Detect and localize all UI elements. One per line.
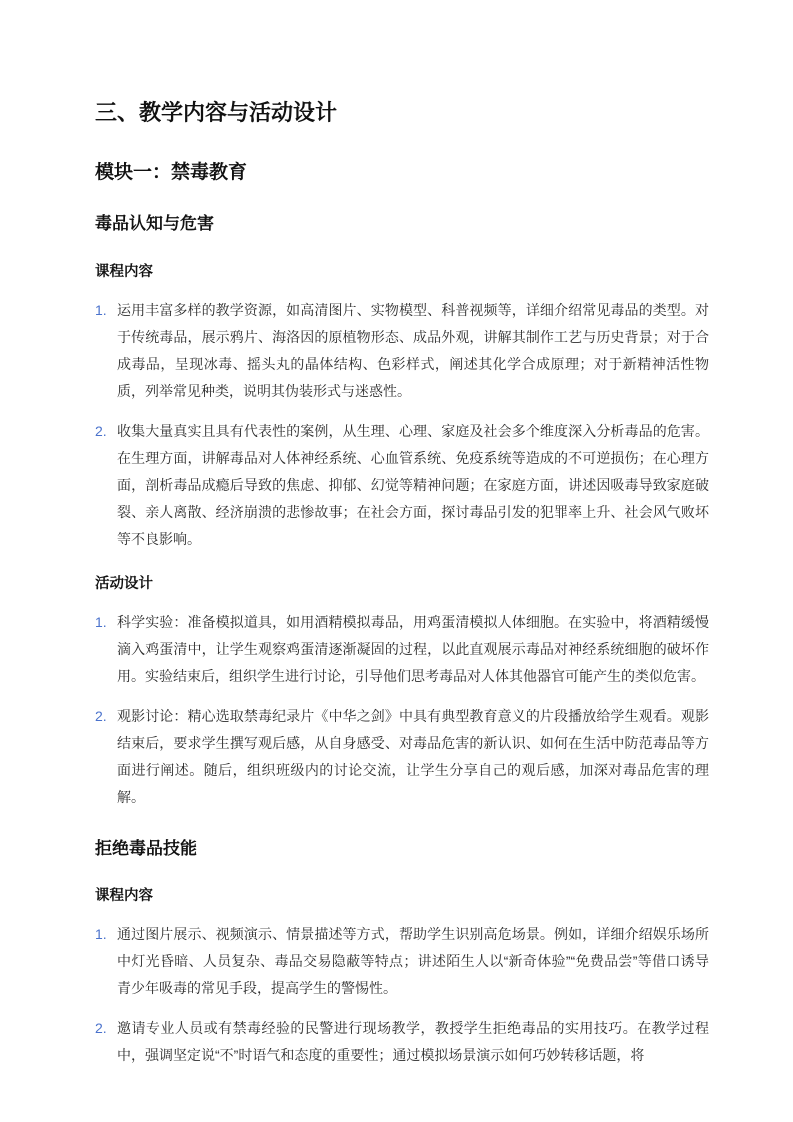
page-title: 三、教学内容与活动设计 [95, 99, 709, 127]
list-item-text: 运用丰富多样的教学资源，如高清图片、实物模型、科普视频等，详细介绍常见毒品的类型… [117, 297, 709, 405]
list-item-number: 1. [95, 609, 117, 636]
list-item-text: 通过图片展示、视频演示、情景描述等方式，帮助学生识别高危场景。例如，详细介绍娱乐… [117, 921, 709, 1002]
list-item-text: 邀请专业人员或有禁毒经验的民警进行现场教学，教授学生拒绝毒品的实用技巧。在教学过… [117, 1015, 709, 1069]
section-heading-drug-awareness: 毒品认知与危害 [95, 213, 709, 234]
list-item: 1. 通过图片展示、视频演示、情景描述等方式，帮助学生识别高危场景。例如，详细介… [95, 921, 709, 1002]
list-item-text: 科学实验：准备模拟道具，如用酒精模拟毒品，用鸡蛋清模拟人体细胞。在实验中，将酒精… [117, 609, 709, 690]
list-item: 2. 观影讨论：精心选取禁毒纪录片《中华之剑》中具有典型教育意义的片段播放给学生… [95, 703, 709, 811]
list-item: 1. 运用丰富多样的教学资源，如高清图片、实物模型、科普视频等，详细介绍常见毒品… [95, 297, 709, 405]
course-content-list-2: 1. 通过图片展示、视频演示、情景描述等方式，帮助学生识别高危场景。例如，详细介… [95, 921, 709, 1069]
activity-design-list: 1. 科学实验：准备模拟道具，如用酒精模拟毒品，用鸡蛋清模拟人体细胞。在实验中，… [95, 609, 709, 811]
course-content-list-1: 1. 运用丰富多样的教学资源，如高清图片、实物模型、科普视频等，详细介绍常见毒品… [95, 297, 709, 553]
list-item-number: 2. [95, 703, 117, 730]
list-item: 1. 科学实验：准备模拟道具，如用酒精模拟毒品，用鸡蛋清模拟人体细胞。在实验中，… [95, 609, 709, 690]
list-item-number: 1. [95, 297, 117, 324]
document-page: 三、教学内容与活动设计 模块一：禁毒教育 毒品认知与危害 课程内容 1. 运用丰… [0, 0, 793, 1122]
list-item-number: 2. [95, 418, 117, 445]
list-item: 2. 收集大量真实且具有代表性的案例，从生理、心理、家庭及社会多个维度深入分析毒… [95, 418, 709, 553]
subsection-heading-course-content-2: 课程内容 [95, 887, 709, 905]
subsection-heading-course-content-1: 课程内容 [95, 263, 709, 281]
list-item-text: 观影讨论：精心选取禁毒纪录片《中华之剑》中具有典型教育意义的片段播放给学生观看。… [117, 703, 709, 811]
list-item: 2. 邀请专业人员或有禁毒经验的民警进行现场教学，教授学生拒绝毒品的实用技巧。在… [95, 1015, 709, 1069]
list-item-number: 2. [95, 1015, 117, 1042]
module-heading: 模块一：禁毒教育 [95, 161, 709, 185]
section-heading-refusal-skills: 拒绝毒品技能 [95, 838, 709, 859]
list-item-text: 收集大量真实且具有代表性的案例，从生理、心理、家庭及社会多个维度深入分析毒品的危… [117, 418, 709, 553]
subsection-heading-activity-design: 活动设计 [95, 575, 709, 593]
list-item-number: 1. [95, 921, 117, 948]
